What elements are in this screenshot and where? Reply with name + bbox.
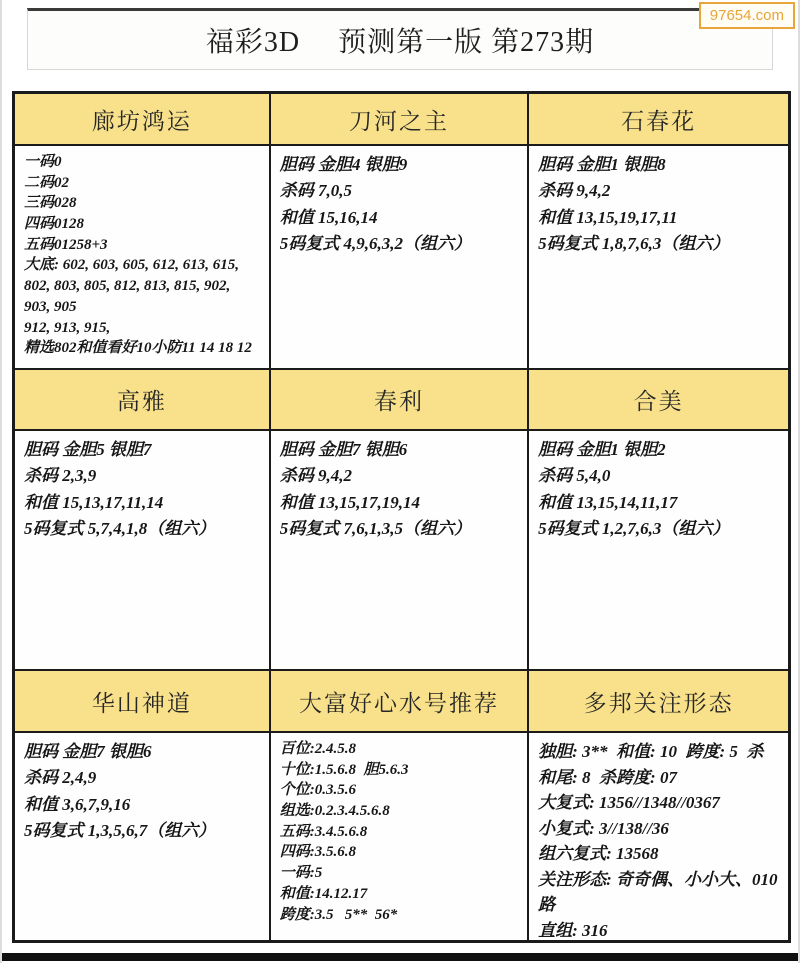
prediction-line: 十位:1.5.6.8 胆5.6.3 xyxy=(280,760,518,781)
title-box: 福彩3D 预测第一版 第273期 xyxy=(27,8,773,70)
section-content: 胆码 金胆5 银胆7杀码 2,3,9和值 15,13,17,11,145码复式 … xyxy=(15,431,269,669)
prediction-line: 四码:3.5.6.8 xyxy=(280,842,518,863)
prediction-line: 跨度:3.5 5** 56* xyxy=(280,905,518,926)
prediction-line: 大复式: 1356//1348//0367 xyxy=(538,790,779,816)
prediction-line: 5码复式 4,9,6,3,2（组六） xyxy=(280,231,518,257)
section-content: 胆码 金胆7 银胆6杀码 2,4,9和值 3,6,7,9,165码复式 1,3,… xyxy=(15,733,269,940)
prediction-line: 胆码 金胆1 银胆8 xyxy=(538,152,779,178)
prediction-line: 杀码 5,4,0 xyxy=(538,463,779,489)
section-header: 多邦关注形态 xyxy=(529,671,788,731)
section-content: 一码0二码02三码028四码0128五码01258+3大底: 602, 603,… xyxy=(15,146,269,368)
prediction-line: 大底: 602, 603, 605, 612, 613, 615, 802, 8… xyxy=(24,255,260,317)
prediction-line: 杀码 2,4,9 xyxy=(24,765,260,791)
prediction-line: 和值 13,15,17,19,14 xyxy=(280,490,518,516)
prediction-line: 杀码 7,0,5 xyxy=(280,178,518,204)
watermark-badge: 97654.com xyxy=(699,2,795,29)
prediction-line: 胆码 金胆7 银胆6 xyxy=(280,437,518,463)
section-content: 独胆: 3** 和值: 10 跨度: 5 杀和尾: 8 杀跨度: 07大复式: … xyxy=(529,733,788,940)
prediction-line: 5码复式 5,7,4,1,8（组六） xyxy=(24,516,260,542)
prediction-line: 912, 913, 915, xyxy=(24,318,260,339)
section-content: 胆码 金胆1 银胆2杀码 5,4,0和值 13,15,14,11,175码复式 … xyxy=(529,431,788,669)
prediction-line: 杀码 2,3,9 xyxy=(24,463,260,489)
prediction-line: 二码02 xyxy=(24,173,260,194)
prediction-line: 5码复式 1,8,7,6,3（组六） xyxy=(538,231,779,257)
page-frame: 97654.com 福彩3D 预测第一版 第273期 廊坊鸿运 刀河之主 石春花… xyxy=(0,0,800,963)
prediction-line: 和值 13,15,19,17,11 xyxy=(538,205,779,231)
page-title-edition: 预测第一版 第273期 xyxy=(338,20,594,60)
section-content: 百位:2.4.5.8十位:1.5.6.8 胆5.6.3个位:0.3.5.6组选:… xyxy=(271,733,527,940)
prediction-line: 组六复式: 13568 xyxy=(538,841,779,867)
prediction-line: 和值 15,16,14 xyxy=(280,205,518,231)
page-title-game: 福彩3D xyxy=(206,20,300,60)
section-header: 高雅 xyxy=(15,370,269,429)
prediction-line: 和值 15,13,17,11,14 xyxy=(24,490,260,516)
prediction-line: 百位:2.4.5.8 xyxy=(280,739,518,760)
section-content: 胆码 金胆4 银胆9杀码 7,0,5和值 15,16,145码复式 4,9,6,… xyxy=(271,146,527,368)
prediction-line: 关注形态: 奇奇偶、小小大、010路 xyxy=(538,867,779,918)
prediction-line: 杀码 9,4,2 xyxy=(280,463,518,489)
section-content: 胆码 金胆7 银胆6杀码 9,4,2和值 13,15,17,19,145码复式 … xyxy=(271,431,527,669)
prediction-line: 5码复式 7,6,1,3,5（组六） xyxy=(280,516,518,542)
prediction-line: 四码0128 xyxy=(24,214,260,235)
prediction-table: 廊坊鸿运 刀河之主 石春花 一码0二码02三码028四码0128五码01258+… xyxy=(12,91,791,943)
prediction-line: 胆码 金胆1 银胆2 xyxy=(538,437,779,463)
prediction-line: 杀码 9,4,2 xyxy=(538,178,779,204)
prediction-line: 胆码 金胆4 银胆9 xyxy=(280,152,518,178)
prediction-line: 独胆: 3** 和值: 10 跨度: 5 杀和尾: 8 杀跨度: 07 xyxy=(538,739,779,790)
prediction-line: 和值 13,15,14,11,17 xyxy=(538,490,779,516)
prediction-line: 个位:0.3.5.6 xyxy=(280,780,518,801)
prediction-line: 直组: 316 xyxy=(538,918,779,941)
section-content: 胆码 金胆1 银胆8杀码 9,4,2和值 13,15,19,17,115码复式 … xyxy=(529,146,788,368)
prediction-line: 组选:0.2.3.4.5.6.8 xyxy=(280,801,518,822)
section-header: 廊坊鸿运 xyxy=(15,94,269,144)
prediction-line: 一码:5 xyxy=(280,863,518,884)
prediction-line: 5码复式 1,3,5,6,7（组六） xyxy=(24,818,260,844)
prediction-line: 和值 3,6,7,9,16 xyxy=(24,792,260,818)
prediction-line: 小复式: 3//138//36 xyxy=(538,816,779,842)
prediction-line: 5码复式 1,2,7,6,3（组六） xyxy=(538,516,779,542)
section-header: 石春花 xyxy=(529,94,788,144)
prediction-line: 胆码 金胆5 银胆7 xyxy=(24,437,260,463)
prediction-line: 精选802和值看好10小防11 14 18 12 xyxy=(24,338,260,359)
section-header: 合美 xyxy=(529,370,788,429)
prediction-line: 三码028 xyxy=(24,193,260,214)
section-header: 大富好心水号推荐 xyxy=(271,671,527,731)
prediction-line: 一码0 xyxy=(24,152,260,173)
section-header: 华山神道 xyxy=(15,671,269,731)
prediction-line: 胆码 金胆7 银胆6 xyxy=(24,739,260,765)
prediction-line: 五码:3.4.5.6.8 xyxy=(280,822,518,843)
section-header: 刀河之主 xyxy=(271,94,527,144)
prediction-line: 五码01258+3 xyxy=(24,235,260,256)
section-header: 春利 xyxy=(271,370,527,429)
bottom-rule xyxy=(2,953,798,961)
prediction-line: 和值:14.12.17 xyxy=(280,884,518,905)
